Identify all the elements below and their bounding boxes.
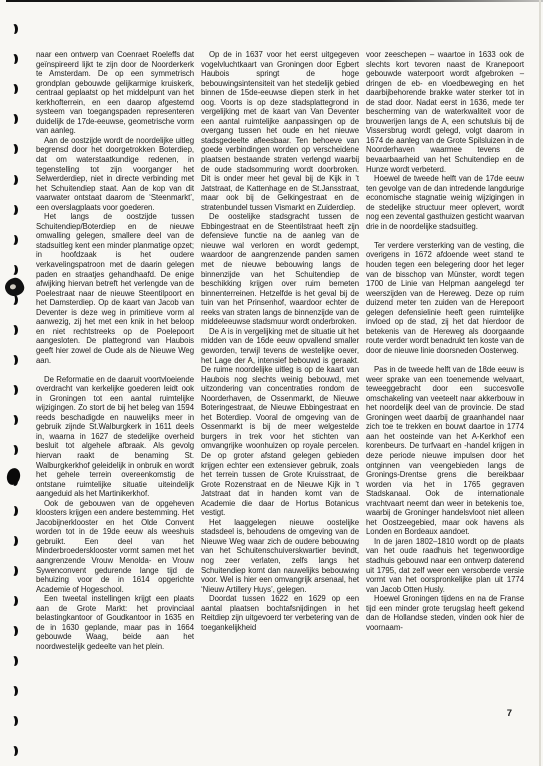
paragraph: Pas in de tweede helft van de 18de eeuw … bbox=[366, 365, 524, 537]
text-columns: naar een ontwerp van Coenraet Roeleffs d… bbox=[36, 50, 526, 651]
paragraph: Het laaggelegen nieuwe oostelijke stadsd… bbox=[201, 518, 359, 594]
binding-mark bbox=[10, 325, 18, 335]
binding-mark bbox=[10, 716, 18, 726]
paragraph: Aan de oostzijde wordt de noordelijke ui… bbox=[36, 136, 194, 212]
ink-blot-2 bbox=[5, 467, 22, 487]
paragraph: naar een ontwerp van Coenraet Roeleffs d… bbox=[36, 50, 194, 136]
paragraph: In de jaren 1802–1810 wordt op de plaats… bbox=[366, 537, 524, 594]
paragraph: Ook de gebouwen van de opgeheven klooste… bbox=[36, 499, 194, 594]
binding-mark bbox=[10, 355, 18, 365]
binding-mark bbox=[10, 686, 18, 696]
binding-mark bbox=[10, 84, 18, 94]
text-column-3: voor zeeschepen – waartoe in 1633 ook de… bbox=[366, 50, 524, 651]
binding-mark bbox=[10, 205, 18, 215]
binding-mark bbox=[10, 596, 18, 606]
binding-mark bbox=[10, 235, 18, 245]
binding-mark bbox=[10, 144, 18, 154]
binding-mark bbox=[10, 566, 18, 576]
binding-mark bbox=[10, 54, 18, 64]
scan-edge-right bbox=[539, 0, 541, 766]
binding-mark bbox=[10, 175, 18, 185]
paragraph: voor zeeschepen – waartoe in 1633 ook de… bbox=[366, 50, 524, 174]
binding-mark bbox=[10, 114, 18, 124]
page-number: 7 bbox=[496, 708, 512, 719]
binding-mark bbox=[10, 656, 18, 666]
paragraph: De oostelijke stadsgracht tussen de Ebbi… bbox=[201, 212, 359, 327]
paragraph: Een tweetal instellingen krijgt een plaa… bbox=[36, 594, 194, 651]
paragraph: Hoewel de tweede helft van de 17de eeuw … bbox=[366, 174, 524, 231]
binding-mark bbox=[10, 265, 18, 275]
binding-mark bbox=[10, 445, 18, 455]
ink-blot-1 bbox=[3, 276, 25, 298]
paragraph: Doordat tussen 1622 en 1629 op een aanta… bbox=[201, 594, 359, 632]
text-column-2: Op de in 1637 voor het eerst uitgegeven … bbox=[201, 50, 359, 651]
binding-mark bbox=[10, 506, 18, 516]
paragraph: Ter verdere versterking van de vesting, … bbox=[366, 241, 524, 356]
binding-mark bbox=[10, 536, 18, 546]
binding-mark bbox=[10, 24, 18, 34]
binding-mark bbox=[10, 415, 18, 425]
text-column-1: naar een ontwerp van Coenraet Roeleffs d… bbox=[36, 50, 194, 651]
binding-mark bbox=[10, 746, 18, 756]
paragraph: Op de in 1637 voor het eerst uitgegeven … bbox=[201, 50, 359, 212]
scan-edge-top bbox=[6, 0, 543, 2]
paragraph: De Reformatie en de daaruit voortvloeien… bbox=[36, 375, 194, 499]
paragraph: Hoewel Groningen tijdens en na de Franse… bbox=[366, 594, 524, 632]
paragraph: Het langs de oostzijde tussen Schuitendi… bbox=[36, 212, 194, 365]
paragraph: De A is in vergelijking met de situatie … bbox=[201, 327, 359, 518]
binding-mark bbox=[10, 295, 18, 305]
binding-mark bbox=[10, 385, 18, 395]
binding-mark bbox=[10, 626, 18, 636]
document-page: naar een ontwerp van Coenraet Roeleffs d… bbox=[0, 0, 543, 766]
